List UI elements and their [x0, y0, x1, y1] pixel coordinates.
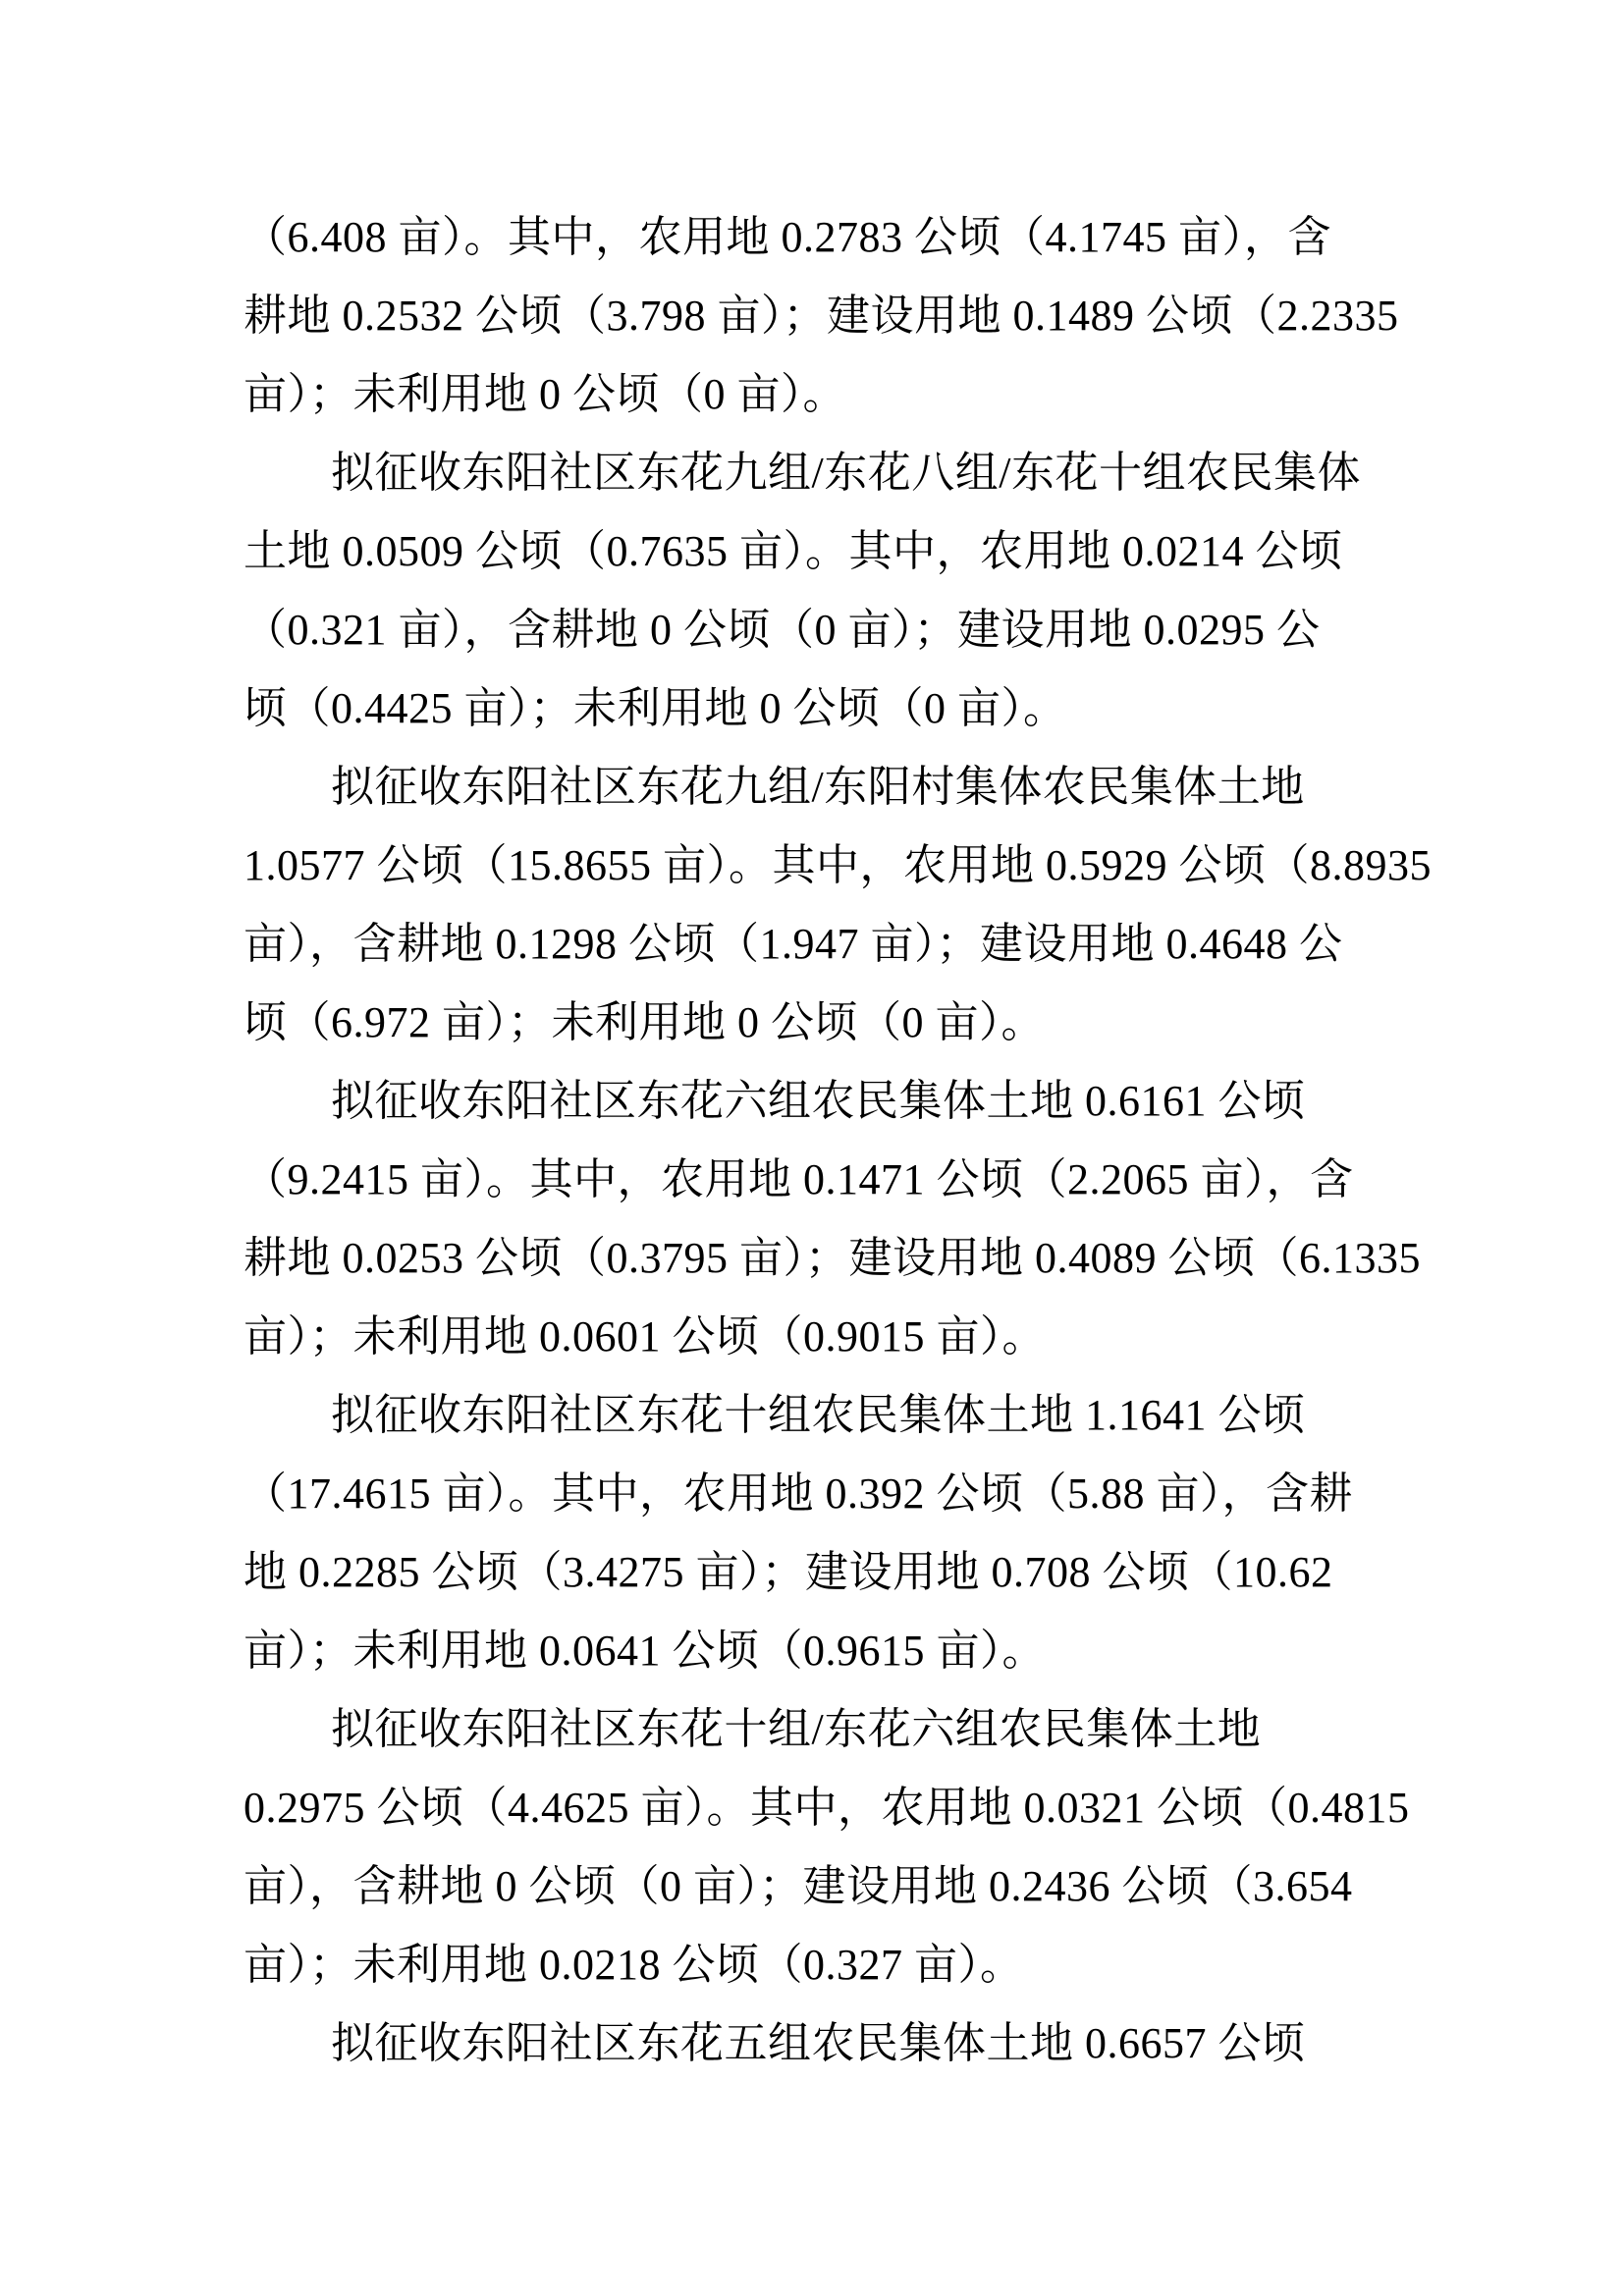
- text-line: 耕地 0.2532 公顷（3.798 亩）；建设用地 0.1489 公顷（2.2…: [243, 277, 1427, 355]
- text-line: 0.2975 公顷（4.4625 亩）。其中，农用地 0.0321 公顷（0.4…: [243, 1769, 1427, 1847]
- text-line: 土地 0.0509 公顷（0.7635 亩）。其中，农用地 0.0214 公顷: [243, 512, 1427, 591]
- text-line: （6.408 亩）。其中，农用地 0.2783 公顷（4.1745 亩），含: [243, 198, 1427, 277]
- text-line: 亩），含耕地 0.1298 公顷（1.947 亩）；建设用地 0.4648 公: [243, 905, 1427, 984]
- text-line: （17.4615 亩）。其中，农用地 0.392 公顷（5.88 亩），含耕: [243, 1455, 1427, 1533]
- text-line-paragraph-start: 拟征收东阳社区东花九组/东花八组/东花十组农民集体: [243, 434, 1427, 512]
- text-line: 亩）；未利用地 0.0218 公顷（0.327 亩）。: [243, 1926, 1427, 2004]
- text-line-paragraph-start: 拟征收东阳社区东花九组/东阳村集体农民集体土地: [243, 748, 1427, 827]
- text-line-paragraph-start: 拟征收东阳社区东花六组农民集体土地 0.6161 公顷: [243, 1062, 1427, 1141]
- text-line: 亩）；未利用地 0.0641 公顷（0.9615 亩）。: [243, 1612, 1427, 1690]
- text-line: （9.2415 亩）。其中，农用地 0.1471 公顷（2.2065 亩），含: [243, 1141, 1427, 1219]
- text-line: 亩），含耕地 0 公顷（0 亩）；建设用地 0.2436 公顷（3.654: [243, 1847, 1427, 1926]
- text-line: （0.321 亩），含耕地 0 公顷（0 亩）；建设用地 0.0295 公: [243, 591, 1427, 669]
- text-line: 亩）；未利用地 0 公顷（0 亩）。: [243, 355, 1427, 434]
- text-line-paragraph-start: 拟征收东阳社区东花五组农民集体土地 0.6657 公顷: [243, 2004, 1427, 2083]
- text-line: 1.0577 公顷（15.8655 亩）。其中，农用地 0.5929 公顷（8.…: [243, 827, 1427, 905]
- document-page: （6.408 亩）。其中，农用地 0.2783 公顷（4.1745 亩），含 耕…: [0, 0, 1623, 2296]
- text-line: 顷（0.4425 亩）；未利用地 0 公顷（0 亩）。: [243, 669, 1427, 748]
- text-line: 顷（6.972 亩）；未利用地 0 公顷（0 亩）。: [243, 984, 1427, 1062]
- text-line-paragraph-start: 拟征收东阳社区东花十组/东花六组农民集体土地: [243, 1690, 1427, 1769]
- text-line: 地 0.2285 公顷（3.4275 亩）；建设用地 0.708 公顷（10.6…: [243, 1533, 1427, 1612]
- document-text-block: （6.408 亩）。其中，农用地 0.2783 公顷（4.1745 亩），含 耕…: [243, 198, 1427, 2083]
- text-line: 耕地 0.0253 公顷（0.3795 亩）；建设用地 0.4089 公顷（6.…: [243, 1219, 1427, 1298]
- text-line: 亩）；未利用地 0.0601 公顷（0.9015 亩）。: [243, 1298, 1427, 1376]
- text-line-paragraph-start: 拟征收东阳社区东花十组农民集体土地 1.1641 公顷: [243, 1376, 1427, 1455]
